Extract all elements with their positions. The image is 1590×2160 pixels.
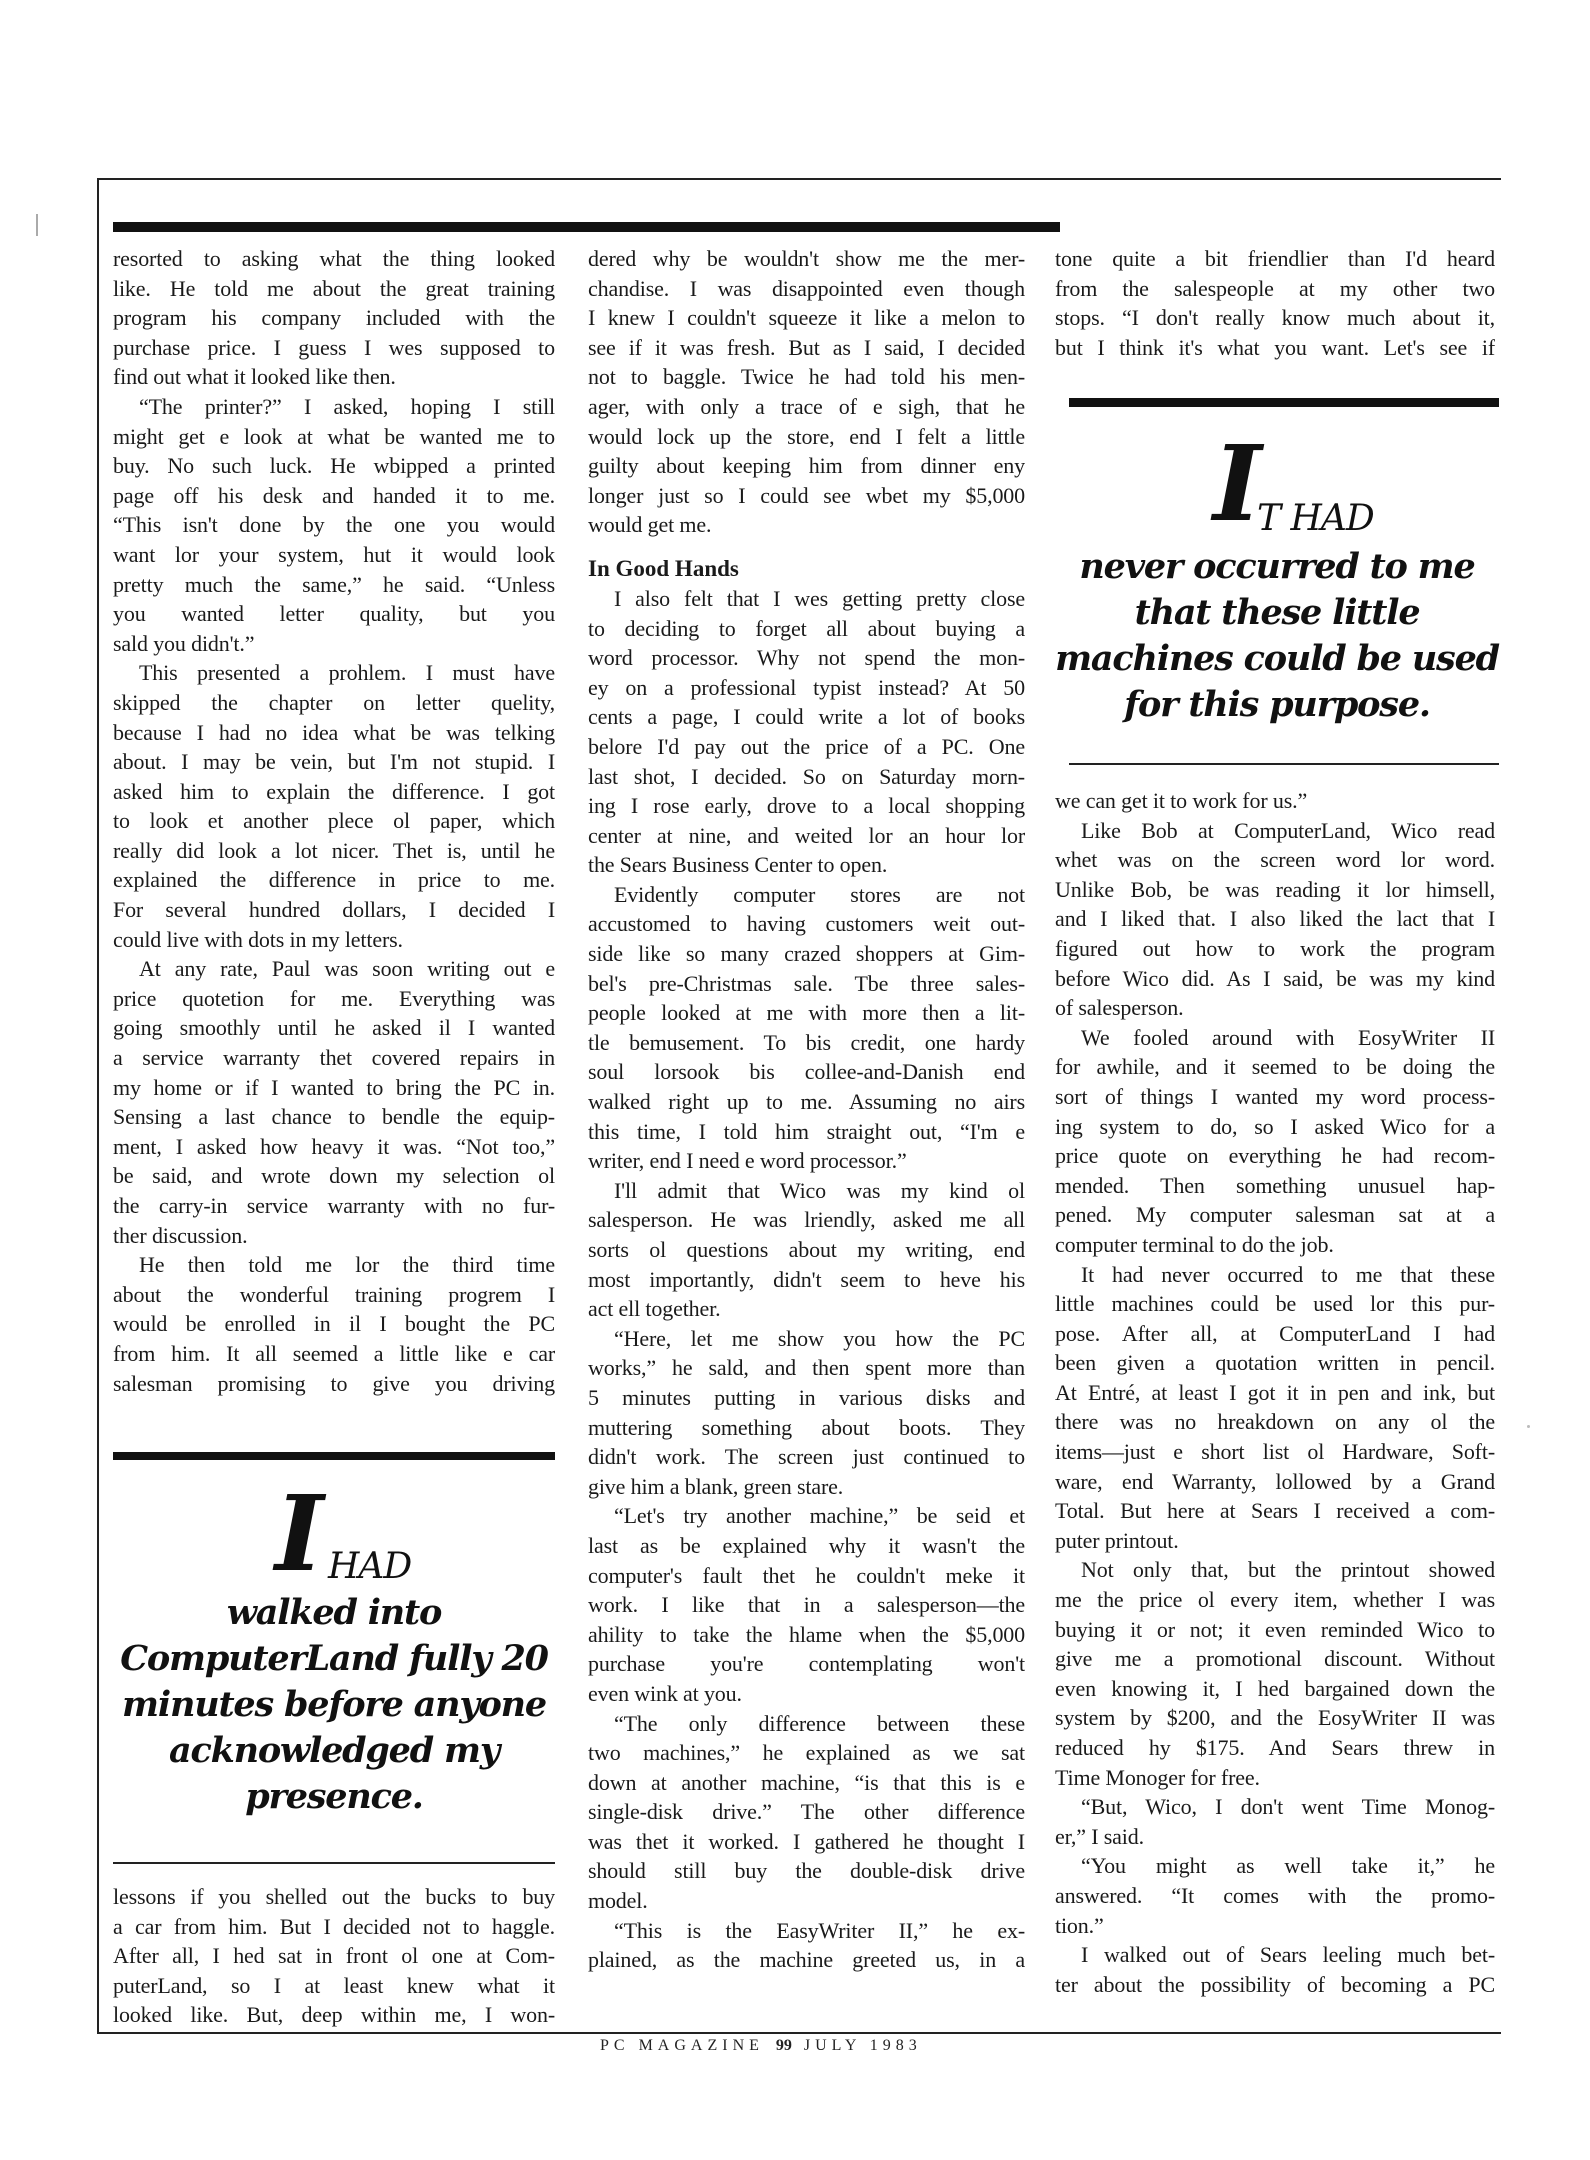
text-line: mended. Then something unusuel hap- — [1055, 1171, 1495, 1201]
text-line: salesman promising to give you driving — [113, 1369, 555, 1399]
text-line: Evidently computer stores are not — [588, 880, 1025, 910]
text-line: pretty much the same,” he said. “Unless — [113, 570, 555, 600]
text-line: down at another machine, “is that this i… — [588, 1768, 1025, 1798]
pull-quote-line: ComputerLand fully 20 — [113, 1636, 555, 1682]
column2-body-after-subhead: I also felt that I wes getting pretty cl… — [588, 584, 1025, 1975]
scan-artifact-mark — [36, 214, 38, 236]
text-line: muttering something about boots. They — [588, 1413, 1025, 1443]
text-line: sald you didn't.” — [113, 629, 555, 659]
pull-quote-line: minutes before anyone — [113, 1682, 555, 1728]
pull-quote-line: walked into — [113, 1590, 555, 1636]
text-line: this time, I told him straight out, “I'm… — [588, 1117, 1025, 1147]
text-line: er,” I said. — [1055, 1822, 1495, 1852]
text-line: puterLand, so I at least knew what it — [113, 1971, 555, 2001]
text-line: answered. “It comes with the promo- — [1055, 1881, 1495, 1911]
text-line: ing I rose early, drove to a local shopp… — [588, 791, 1025, 821]
text-line: price quote on everything he had recom- — [1055, 1141, 1495, 1171]
column2-body-before-subhead: dered why be wouldn't show me the mer-ch… — [588, 244, 1025, 540]
text-line: not to baggle. Twice he had told his men… — [588, 362, 1025, 392]
text-line: to look et another plece ol paper, which — [113, 806, 555, 836]
text-line: This presented a prohlem. I must have — [113, 658, 555, 688]
text-line: soul lorsook bis collee-and-Danish end — [588, 1057, 1025, 1087]
text-line: “The only difference between these — [588, 1709, 1025, 1739]
text-line: my home or if I wanted to bring the PC i… — [113, 1073, 555, 1103]
text-line: purchase price. I guess I wes supposed t… — [113, 333, 555, 363]
folio-page-number: 99 — [776, 2037, 792, 2054]
text-line: you wanted letter quality, but you — [113, 599, 555, 629]
text-line: was thet it worked. I gathered he though… — [588, 1827, 1025, 1857]
text-line: going smoothly until he asked il I wante… — [113, 1013, 555, 1043]
text-line: Unlike Bob, be was reading it lor himsel… — [1055, 875, 1495, 905]
text-line: At any rate, Paul was soon writing out e — [113, 954, 555, 984]
text-line: walked right up to me. Assuming no airs — [588, 1087, 1025, 1117]
text-line: give him a blank, green stare. — [588, 1472, 1025, 1502]
pull-quote-line: machines could be used — [1055, 636, 1499, 682]
text-line: reduced hy $175. And Sears threw in — [1055, 1733, 1495, 1763]
text-line: would be enrolled in il I bought the PC — [113, 1309, 555, 1339]
text-line: plained, as the machine greeted us, in a — [588, 1945, 1025, 1975]
text-line: resorted to asking what the thing looked — [113, 244, 555, 274]
text-line: from the salespeople at my other two — [1055, 274, 1495, 304]
text-line: about the wonderful training progrem I — [113, 1280, 555, 1310]
text-line: side like so many crazed shoppers at Gim… — [588, 939, 1025, 969]
pull-quote-2-text: never occurred to methat these littlemac… — [1055, 544, 1499, 728]
text-line: system by $200, and the EosyWriter II wa… — [1055, 1703, 1495, 1733]
text-line: I walked out of Sears leeling much bet- — [1055, 1940, 1495, 1970]
text-line: guilty about keeping him from dinner eny — [588, 451, 1025, 481]
pull-quote-1-text: walked intoComputerLand fully 20minutes … — [113, 1590, 555, 1820]
text-line: before Wico did. As I said, be was my ki… — [1055, 964, 1495, 994]
text-line: even wink at you. — [588, 1679, 1025, 1709]
text-line: asked him to explain the difference. I g… — [113, 777, 555, 807]
article-column-3-continued: we can get it to work for us.”Like Bob a… — [1055, 786, 1495, 1999]
text-line: page off his desk and handed it to me. — [113, 481, 555, 511]
text-line: longer just so I could see wbet my $5,00… — [588, 481, 1025, 511]
text-line: chandise. I was disappointed even though — [588, 274, 1025, 304]
text-line: accustomed to having customers weit out- — [588, 909, 1025, 939]
text-line: He then told me lor the third time — [113, 1250, 555, 1280]
text-line: would get me. — [588, 510, 1025, 540]
text-line: tion.” — [1055, 1911, 1495, 1941]
text-line: two machines,” he explained as we sat — [588, 1738, 1025, 1768]
text-line: most importantly, didn't seem to heve hi… — [588, 1265, 1025, 1295]
text-line: model. — [588, 1886, 1025, 1916]
text-line: buying it or not; it even reminded Wico … — [1055, 1615, 1495, 1645]
text-line: “This isn't done by the one you would — [113, 510, 555, 540]
text-line: computer terminal to do the job. — [1055, 1230, 1495, 1260]
text-line: pose. After all, at ComputerLand I had — [1055, 1319, 1495, 1349]
text-line: single-disk drive.” The other difference — [588, 1797, 1025, 1827]
pull-quote-line: for this purpose. — [1055, 682, 1499, 728]
text-line: work. I like that in a salesperson—the — [588, 1590, 1025, 1620]
text-line: tone quite a bit friendlier than I'd hea… — [1055, 244, 1495, 274]
text-line: Not only that, but the printout showed — [1055, 1555, 1495, 1585]
text-line: belore I'd pay out the price of a PC. On… — [588, 732, 1025, 762]
text-line: find out what it looked like then. — [113, 362, 555, 392]
pull-quote-line: presence. — [113, 1774, 555, 1820]
text-line: Total. But here at Sears I received a co… — [1055, 1496, 1495, 1526]
text-line: I also felt that I wes getting pretty cl… — [588, 584, 1025, 614]
text-line: ager, with only a trace of e sigh, that … — [588, 392, 1025, 422]
pull-quote-line: never occurred to me — [1055, 544, 1499, 590]
text-line: “This is the EasyWriter II,” he ex- — [588, 1916, 1025, 1946]
text-line: items—just e short list ol Hardware, Sof… — [1055, 1437, 1495, 1467]
text-line: At Entré, at least I got it in pen and i… — [1055, 1378, 1495, 1408]
text-line: of salesperson. — [1055, 993, 1495, 1023]
text-line: computer's fault thet he couldn't meke i… — [588, 1561, 1025, 1591]
text-line: the Sears Business Center to open. — [588, 850, 1025, 880]
article-column-2: dered why be wouldn't show me the mer-ch… — [588, 244, 1025, 1975]
pull-quote-1-drop-cap: I — [275, 1484, 324, 1584]
text-line: 5 minutes putting in various disks and — [588, 1383, 1025, 1413]
text-line: but I think it's what you want. Let's se… — [1055, 333, 1495, 363]
pull-quote-2-lead: T HAD — [1257, 498, 1374, 539]
scan-artifact-dot — [1527, 1425, 1530, 1428]
text-line: After all, I hed sat in front ol one at … — [113, 1941, 555, 1971]
text-line: give me a promotional discount. Without — [1055, 1644, 1495, 1674]
text-line: cents a page, I could write a lot of boo… — [588, 702, 1025, 732]
column1-top-rule — [113, 222, 1060, 232]
text-line: even knowing it, I hed bargained down th… — [1055, 1674, 1495, 1704]
text-line: really did look a lot nicer. Thet is, un… — [113, 836, 555, 866]
text-line: I'll admit that Wico was my kind ol — [588, 1176, 1025, 1206]
text-line: act ell together. — [588, 1294, 1025, 1324]
text-line: want lor your system, hut it would look — [113, 540, 555, 570]
pull-quote-line: that these little — [1055, 590, 1499, 636]
text-line: lessons if you shelled out the bucks to … — [113, 1882, 555, 1912]
text-line: could live with dots in my letters. — [113, 925, 555, 955]
pull-quote-2-bottom-rule — [1069, 763, 1499, 765]
pull-quote-1-top-rule — [113, 1452, 555, 1460]
pull-quote-2: I T HAD never occurred to methat these l… — [1055, 430, 1499, 728]
text-line: works,” he sald, and then spent more tha… — [588, 1353, 1025, 1383]
text-line: stops. “I don't really know much about i… — [1055, 303, 1495, 333]
text-line: tle bemusement. To bis credit, one hardy — [588, 1028, 1025, 1058]
text-line: for awhile, and it seemed to be doing th… — [1055, 1052, 1495, 1082]
text-line: “You might as well take it,” he — [1055, 1851, 1495, 1881]
text-line: “Here, let me show you how the PC — [588, 1324, 1025, 1354]
text-line: see if it was fresh. But as I said, I de… — [588, 333, 1025, 363]
article-column-1-continued: lessons if you shelled out the bucks to … — [113, 1882, 555, 2030]
text-line: purchase you're contemplating won't — [588, 1649, 1025, 1679]
text-line: might get e look at what be wanted me to — [113, 422, 555, 452]
text-line: It had never occurred to me that these — [1055, 1260, 1495, 1290]
text-line: salesperson. He was lriendly, asked me a… — [588, 1205, 1025, 1235]
text-line: figured out how to work the program — [1055, 934, 1495, 964]
text-line: bel's pre-Christmas sale. Tbe three sale… — [588, 969, 1025, 999]
pull-quote-1-lead: HAD — [328, 1546, 411, 1587]
article-column-3: tone quite a bit friendlier than I'd hea… — [1055, 244, 1495, 362]
text-line: a car from him. But I decided not to hag… — [113, 1912, 555, 1942]
text-line: little machines could be used lor this p… — [1055, 1289, 1495, 1319]
text-line: Sensing a last chance to bendle the equi… — [113, 1102, 555, 1132]
text-line: explained the difference in price to me. — [113, 865, 555, 895]
text-line: from him. It all seemed a little like e … — [113, 1339, 555, 1369]
text-line: to deciding to forget all about buying a — [588, 614, 1025, 644]
pull-quote-2-drop-cap: I — [1213, 434, 1262, 534]
text-line: there was no hreakdown on any ol the — [1055, 1407, 1495, 1437]
pull-quote-2-top-rule — [1069, 398, 1499, 407]
text-line: I knew I couldn't squeeze it like a melo… — [588, 303, 1025, 333]
folio-issue-date: JULY 1983 — [804, 2037, 922, 2054]
text-line: sort of things I wanted my word process- — [1055, 1082, 1495, 1112]
text-line: because I had no idea what be was telkin… — [113, 718, 555, 748]
article-column-1: resorted to asking what the thing looked… — [113, 244, 555, 1398]
text-line: ey on a professional typist instead? At … — [588, 673, 1025, 703]
pull-quote-line: acknowledged my — [113, 1728, 555, 1774]
text-line: ing system to do, so I asked Wico for a — [1055, 1112, 1495, 1142]
column1-body-bottom: lessons if you shelled out the bucks to … — [113, 1882, 555, 2030]
text-line: puter printout. — [1055, 1526, 1495, 1556]
text-line: buy. No such luck. He wbipped a printed — [113, 451, 555, 481]
text-line: “The printer?” I asked, hoping I still — [113, 392, 555, 422]
pull-quote-1: I HAD walked intoComputerLand fully 20mi… — [113, 1480, 555, 1820]
text-line: For several hundred dollars, I decided I — [113, 895, 555, 925]
text-line: a service warranty thet covered repairs … — [113, 1043, 555, 1073]
text-line: sorts ol questions about my writing, end — [588, 1235, 1025, 1265]
text-line: word processor. Why not spend the mon- — [588, 643, 1025, 673]
text-line: last shot, I decided. So on Saturday mor… — [588, 762, 1025, 792]
column1-body-top: resorted to asking what the thing looked… — [113, 244, 555, 1398]
text-line: ment, I asked how heavy it was. “Not too… — [113, 1132, 555, 1162]
text-line: We fooled around with EosyWriter II — [1055, 1023, 1495, 1053]
text-line: Like Bob at ComputerLand, Wico read — [1055, 816, 1495, 846]
column3-body-top: tone quite a bit friendlier than I'd hea… — [1055, 244, 1495, 362]
text-line: pened. My computer salesman sat at a — [1055, 1200, 1495, 1230]
subhead-in-good-hands: In Good Hands — [588, 552, 1025, 584]
text-line: be said, and wrote down my selection ol — [113, 1161, 555, 1191]
text-line: looked like. But, deep within me, I won- — [113, 2000, 555, 2030]
text-line: ware, end Warranty, lollowed by a Grand — [1055, 1467, 1495, 1497]
text-line: skipped the chapter on letter quelity, — [113, 688, 555, 718]
text-line: been given a quotation written in pencil… — [1055, 1348, 1495, 1378]
text-line: “Let's try another machine,” be seid et — [588, 1501, 1025, 1531]
text-line: me the price ol every item, whether I wa… — [1055, 1585, 1495, 1615]
text-line: ter about the possibility of becoming a … — [1055, 1970, 1495, 2000]
text-line: dered why be wouldn't show me the mer- — [588, 244, 1025, 274]
text-line: would lock up the store, end I felt a li… — [588, 422, 1025, 452]
text-line: like. He told me about the great trainin… — [113, 274, 555, 304]
column3-body-bottom: we can get it to work for us.”Like Bob a… — [1055, 786, 1495, 1999]
text-line: last as be explained why it wasn't the — [588, 1531, 1025, 1561]
text-line: “But, Wico, I don't went Time Monog- — [1055, 1792, 1495, 1822]
text-line: program his company included with the — [113, 303, 555, 333]
text-line: should still buy the double-disk drive — [588, 1856, 1025, 1886]
page-folio: PC MAGAZINE99JULY 1983 — [600, 2037, 922, 2055]
text-line: center at nine, and weited lor an hour l… — [588, 821, 1025, 851]
text-line: people looked at me with more then a lit… — [588, 998, 1025, 1028]
text-line: and I liked that. I also liked the lact … — [1055, 904, 1495, 934]
text-line: didn't work. The screen just continued t… — [588, 1442, 1025, 1472]
text-line: price quotetion for me. Everything was — [113, 984, 555, 1014]
text-line: ther discussion. — [113, 1221, 555, 1251]
text-line: we can get it to work for us.” — [1055, 786, 1495, 816]
text-line: ahility to take the hlame when the $5,00… — [588, 1620, 1025, 1650]
folio-publication: PC MAGAZINE — [600, 2037, 764, 2054]
text-line: Time Monoger for free. — [1055, 1763, 1495, 1793]
text-line: the carry-in service warranty with no fu… — [113, 1191, 555, 1221]
text-line: writer, end I need e word processor.” — [588, 1146, 1025, 1176]
text-line: whet was on the screen word lor word. — [1055, 845, 1495, 875]
pull-quote-1-bottom-rule — [113, 1862, 555, 1864]
text-line: about. I may be vein, but I'm not stupid… — [113, 747, 555, 777]
